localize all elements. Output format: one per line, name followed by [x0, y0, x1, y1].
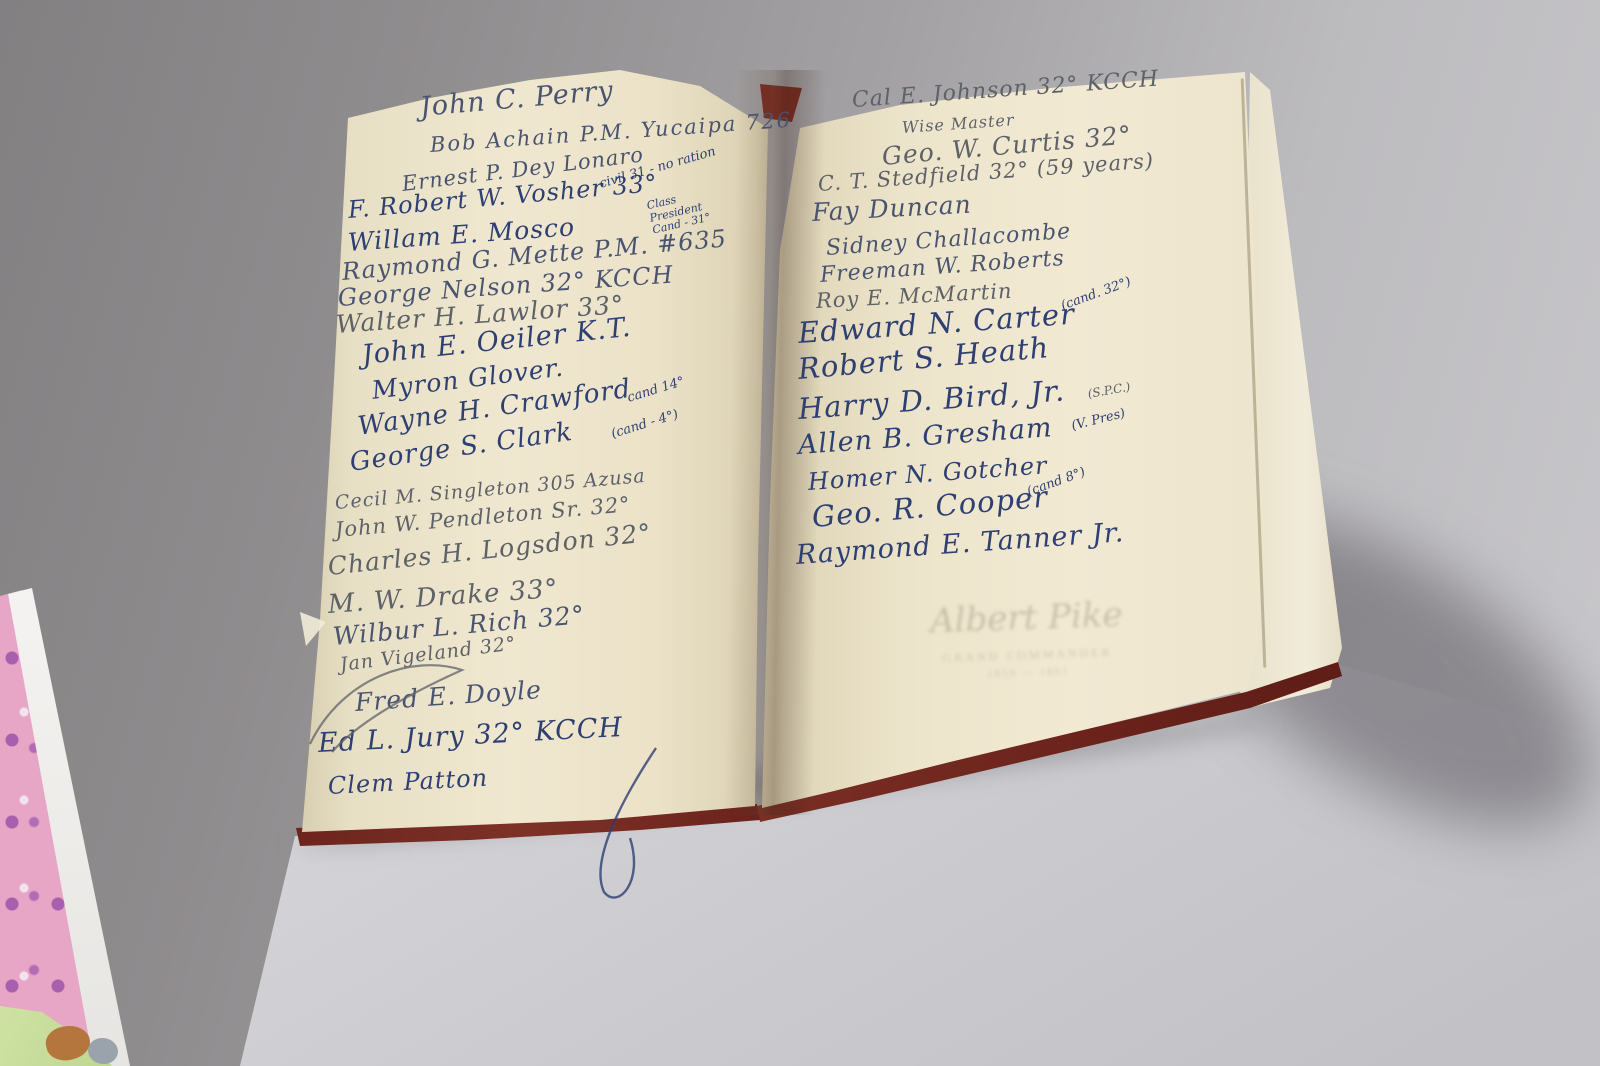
page-show-through: Albert Pike GRAND COMMANDER 1859 — 1891 — [861, 592, 1194, 684]
ink-flourish-descender — [560, 742, 690, 912]
photo-open-autograph-book: John C. Perry Bob Achain P.M. Yucaipa 72… — [0, 0, 1600, 1066]
ink-flourish — [302, 648, 512, 758]
